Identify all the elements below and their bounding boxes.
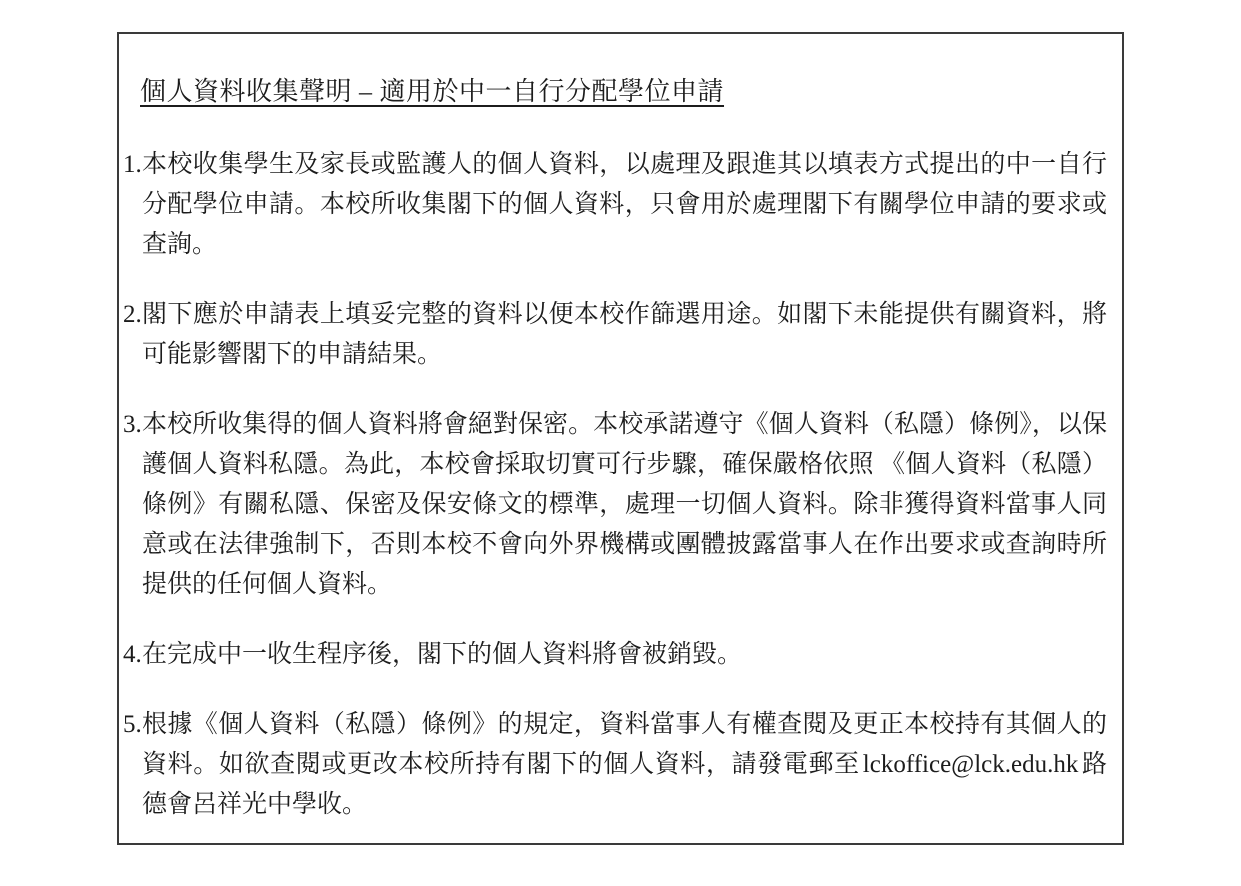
item-text: 閣下應於申請表上填妥完整的資料以便本校作篩選用途。如閣下未能提供有關資料，將可能… bbox=[142, 295, 1107, 375]
statement-item-3: 3. 本校所收集得的個人資料將會絕對保密。本校承諾遵守《個人資料（私隱）條例》，… bbox=[123, 405, 1107, 605]
document-title: 個人資料收集聲明 – 適用於中一自行分配學位申請 bbox=[140, 72, 1107, 112]
document-border-frame: 個人資料收集聲明 – 適用於中一自行分配學位申請 1. 本校收集學生及家長或監護… bbox=[117, 32, 1124, 845]
item-text: 本校所收集得的個人資料將會絕對保密。本校承諾遵守《個人資料（私隱）條例》，以保護… bbox=[142, 405, 1107, 605]
statement-list: 1. 本校收集學生及家長或監護人的個人資料，以處理及跟進其以填表方式提出的中一自… bbox=[119, 145, 1107, 825]
item-number: 1. bbox=[123, 145, 142, 185]
statement-item-1: 1. 本校收集學生及家長或監護人的個人資料，以處理及跟進其以填表方式提出的中一自… bbox=[123, 145, 1107, 265]
item-number: 4. bbox=[123, 635, 142, 675]
statement-item-4: 4. 在完成中一收生程序後，閣下的個人資料將會被銷毀。 bbox=[123, 635, 1107, 675]
item-text: 本校收集學生及家長或監護人的個人資料，以處理及跟進其以填表方式提出的中一自行分配… bbox=[142, 145, 1107, 265]
statement-item-5: 5. 根據《個人資料（私隱）條例》的規定，資料當事人有權查閱及更正本校持有其個人… bbox=[123, 705, 1107, 825]
item-number: 2. bbox=[123, 295, 142, 335]
item-text: 根據《個人資料（私隱）條例》的規定，資料當事人有權查閱及更正本校持有其個人的資料… bbox=[142, 705, 1107, 825]
item-text: 在完成中一收生程序後，閣下的個人資料將會被銷毀。 bbox=[142, 635, 1107, 675]
statement-item-2: 2. 閣下應於申請表上填妥完整的資料以便本校作篩選用途。如閣下未能提供有關資料，… bbox=[123, 295, 1107, 375]
item-number: 3. bbox=[123, 405, 142, 445]
item-number: 5. bbox=[123, 705, 142, 745]
email-address: lckoffice@lck.edu.hk bbox=[860, 751, 1082, 778]
document-content: 個人資料收集聲明 – 適用於中一自行分配學位申請 1. 本校收集學生及家長或監護… bbox=[119, 34, 1122, 825]
